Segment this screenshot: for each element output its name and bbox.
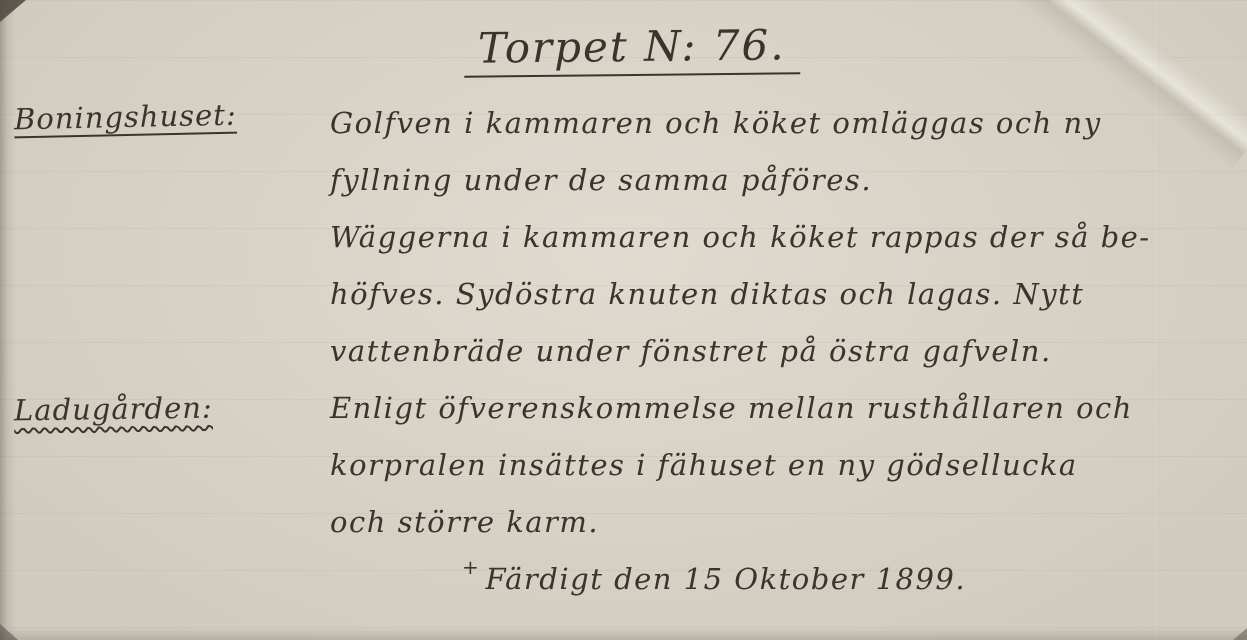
closing-text: Färdigt den 15 Oktober 1899.	[485, 562, 966, 596]
manuscript-body: Golfven i kammaren och köket omläggas oc…	[330, 95, 1235, 608]
paper-corner-shadow-bottom-left	[0, 624, 18, 640]
page-title: Torpet N: 76.	[463, 20, 799, 78]
paper-corner-shadow-bottom-right	[1233, 628, 1247, 640]
text-line: höfves. Sydöstra knuten diktas och lagas…	[330, 266, 1235, 323]
manuscript-page: Torpet N: 76. Boningshuset: Ladugården: …	[0, 0, 1247, 640]
text-line: vattenbräde under fönstret på östra gafv…	[330, 323, 1235, 380]
text-line: korpralen insättes i fähuset en ny gödse…	[330, 437, 1235, 494]
text-line: Enligt öfverenskommelse mellan rusthålla…	[330, 380, 1235, 437]
text-line: Golfven i kammaren och köket omläggas oc…	[330, 95, 1235, 152]
cross-mark: +	[462, 539, 479, 596]
section-label-ladugarden: Ladugården:	[14, 391, 213, 428]
paper-corner-shadow-top-left	[0, 0, 26, 22]
closing-line: + Färdigt den 15 Oktober 1899.	[330, 551, 1235, 608]
title-row: Torpet N: 76.	[8, 22, 1247, 76]
text-line: Wäggerna i kammaren och köket rappas der…	[330, 209, 1235, 266]
section-label-boningshuset: Boningshuset:	[14, 98, 237, 137]
text-line: fyllning under de samma påföres.	[330, 152, 1235, 209]
